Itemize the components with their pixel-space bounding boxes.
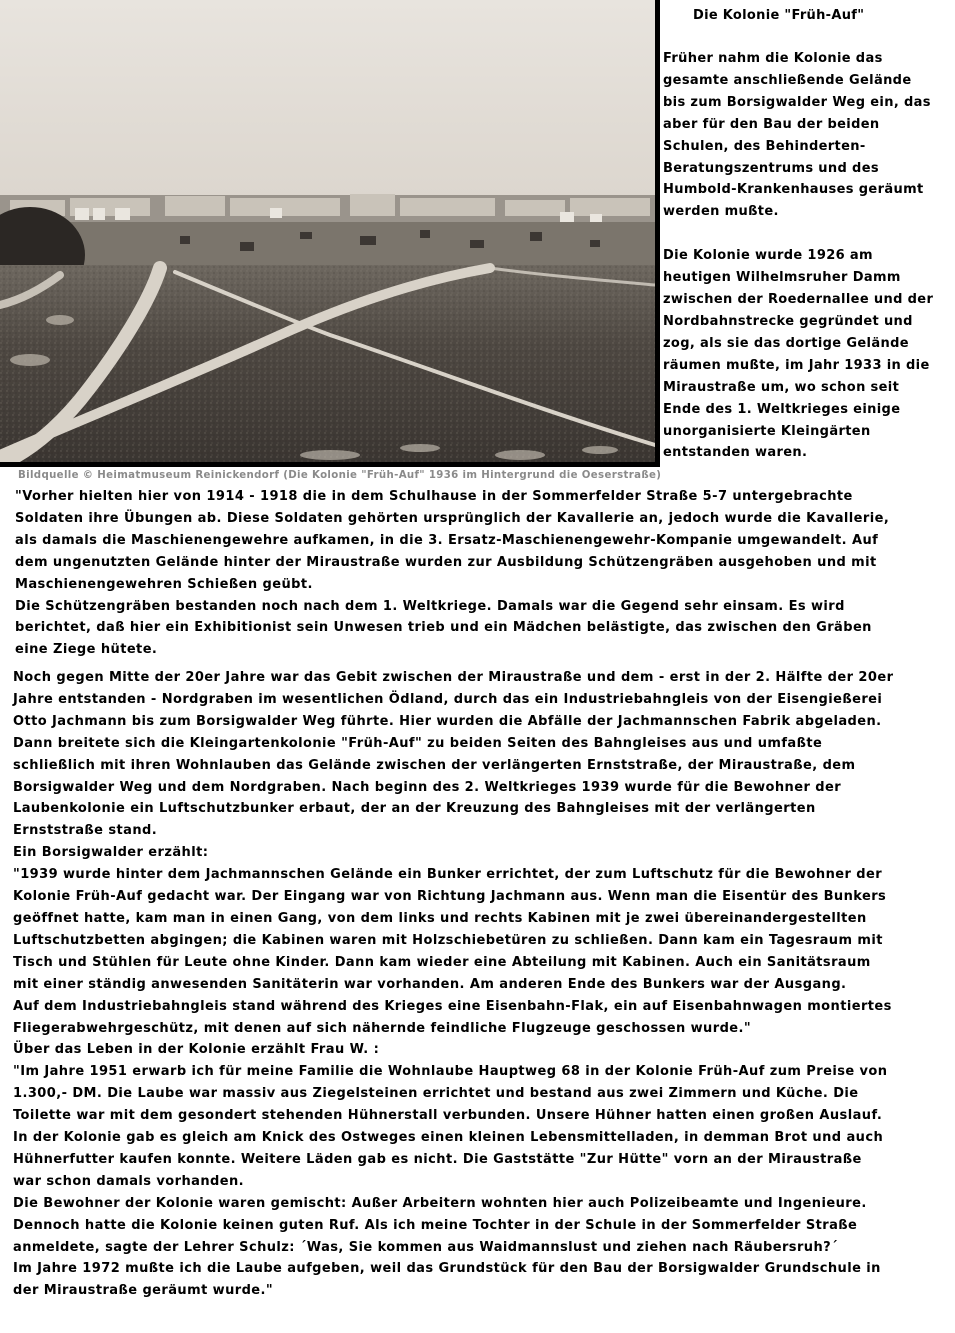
text-line: Ende des 1. Weltkrieges einige xyxy=(663,399,955,421)
side-paragraph-2: Die Kolonie wurde 1926 am heutigen Wilhe… xyxy=(663,245,955,464)
historical-photo xyxy=(0,0,660,467)
text-line: unorganisierte Kleingärten xyxy=(663,421,955,443)
text-line: Kolonie Früh-Auf gedacht war. Der Eingan… xyxy=(13,886,953,908)
text-block-history: Noch gegen Mitte der 20er Jahre war das … xyxy=(13,667,953,1302)
text-line: aber für den Bau der beiden xyxy=(663,114,955,136)
text-line: bis zum Borsigwalder Weg ein, das xyxy=(663,92,955,114)
text-line: Auf dem Industriebahngleis stand während… xyxy=(13,996,953,1018)
landscape-photo-graphic xyxy=(0,0,655,462)
page-title: Die Kolonie "Früh-Auf" xyxy=(693,6,955,26)
side-paragraph-1: Früher nahm die Kolonie das gesamte ansc… xyxy=(663,48,955,223)
text-line: Die Kolonie wurde 1926 am xyxy=(663,245,955,267)
text-line: war schon damals vorhanden. xyxy=(13,1171,953,1193)
text-line: Früher nahm die Kolonie das xyxy=(663,48,955,70)
text-line: zog, als sie das dortige Gelände xyxy=(663,333,955,355)
text-line: Humbold-Krankenhauses geräumt xyxy=(663,179,955,201)
text-line: Schulen, des Behinderten- xyxy=(663,136,955,158)
text-line: Noch gegen Mitte der 20er Jahre war das … xyxy=(13,667,953,689)
spacer xyxy=(663,223,955,245)
text-line: Toilette war mit dem gesondert stehenden… xyxy=(13,1105,953,1127)
text-line: Ein Borsigwalder erzählt: xyxy=(13,842,953,864)
text-line: heutigen Wilhelmsruher Damm xyxy=(663,267,955,289)
photo-caption: Bildquelle © Heimatmuseum Reinickendorf … xyxy=(18,470,661,481)
text-line: räumen mußte, im Jahr 1933 in die xyxy=(663,355,955,377)
text-line: Laubenkolonie ein Luftschutzbunker erbau… xyxy=(13,798,953,820)
text-line: entstanden waren. xyxy=(663,442,955,464)
text-line: Nordbahnstrecke gegründet und xyxy=(663,311,955,333)
text-line: Otto Jachmann bis zum Borsigwalder Weg f… xyxy=(13,711,953,733)
text-line: geöffnet hatte, kam man in einen Gang, v… xyxy=(13,908,953,930)
text-line: Die Schützengräben bestanden noch nach d… xyxy=(15,596,955,618)
text-line: Im Jahre 1972 mußte ich die Laube aufgeb… xyxy=(13,1258,953,1280)
text-line: berichtet, daß hier ein Exhibitionist se… xyxy=(15,617,955,639)
text-line: Borsigwalder Weg und dem Nordgraben. Nac… xyxy=(13,777,953,799)
text-line: "Im Jahre 1951 erwarb ich für meine Fami… xyxy=(13,1061,953,1083)
text-line: mit einer ständig anwesenden Sanitäterin… xyxy=(13,974,953,996)
text-line: der Miraustraße geräumt wurde." xyxy=(13,1280,953,1302)
text-block-soldiers: "Vorher hielten hier von 1914 - 1918 die… xyxy=(15,486,955,661)
text-line: Ernststraße stand. xyxy=(13,820,953,842)
text-line: Luftschutzbetten abgingen; die Kabinen w… xyxy=(13,930,953,952)
text-line: Tisch und Stühlen für Leute ohne Kinder.… xyxy=(13,952,953,974)
text-line: "1939 wurde hinter dem Jachmannschen Gel… xyxy=(13,864,953,886)
text-line: Dann breitete sich die Kleingartenkoloni… xyxy=(13,733,953,755)
text-line: Die Bewohner der Kolonie waren gemischt:… xyxy=(13,1193,953,1215)
text-line: Über das Leben in der Kolonie erzählt Fr… xyxy=(13,1039,953,1061)
text-line: schließlich mit ihren Wohnlauben das Gel… xyxy=(13,755,953,777)
text-line: Fliegerabwehrgeschütz, mit denen auf sic… xyxy=(13,1018,953,1040)
text-line: 1.300,- DM. Die Laube war massiv aus Zie… xyxy=(13,1083,953,1105)
text-line: werden mußte. xyxy=(663,201,955,223)
spacer xyxy=(663,26,955,48)
text-line: Maschienengewehren Schießen geübt. xyxy=(15,574,955,596)
text-line: als damals die Maschienengewehre aufkame… xyxy=(15,530,955,552)
text-line: Jahre entstanden - Nordgraben im wesentl… xyxy=(13,689,953,711)
text-line: Hühnerfutter kaufen konnte. Weitere Läde… xyxy=(13,1149,953,1171)
text-line: "Vorher hielten hier von 1914 - 1918 die… xyxy=(15,486,955,508)
text-line: Miraustraße um, wo schon seit xyxy=(663,377,955,399)
text-line: Dennoch hatte die Kolonie keinen guten R… xyxy=(13,1215,953,1237)
text-line: Beratungszentrums und des xyxy=(663,158,955,180)
text-line: dem ungenutzten Gelände hinter der Mirau… xyxy=(15,552,955,574)
text-line: anmeldete, sagte der Lehrer Schulz: ´Was… xyxy=(13,1237,953,1259)
text-line: eine Ziege hütete. xyxy=(15,639,955,661)
side-column: Die Kolonie "Früh-Auf" Früher nahm die K… xyxy=(663,6,955,464)
text-line: zwischen der Roedernallee und der xyxy=(663,289,955,311)
text-line: Soldaten ihre Übungen ab. Diese Soldaten… xyxy=(15,508,955,530)
text-line: In der Kolonie gab es gleich am Knick de… xyxy=(13,1127,953,1149)
text-line: gesamte anschließende Gelände xyxy=(663,70,955,92)
